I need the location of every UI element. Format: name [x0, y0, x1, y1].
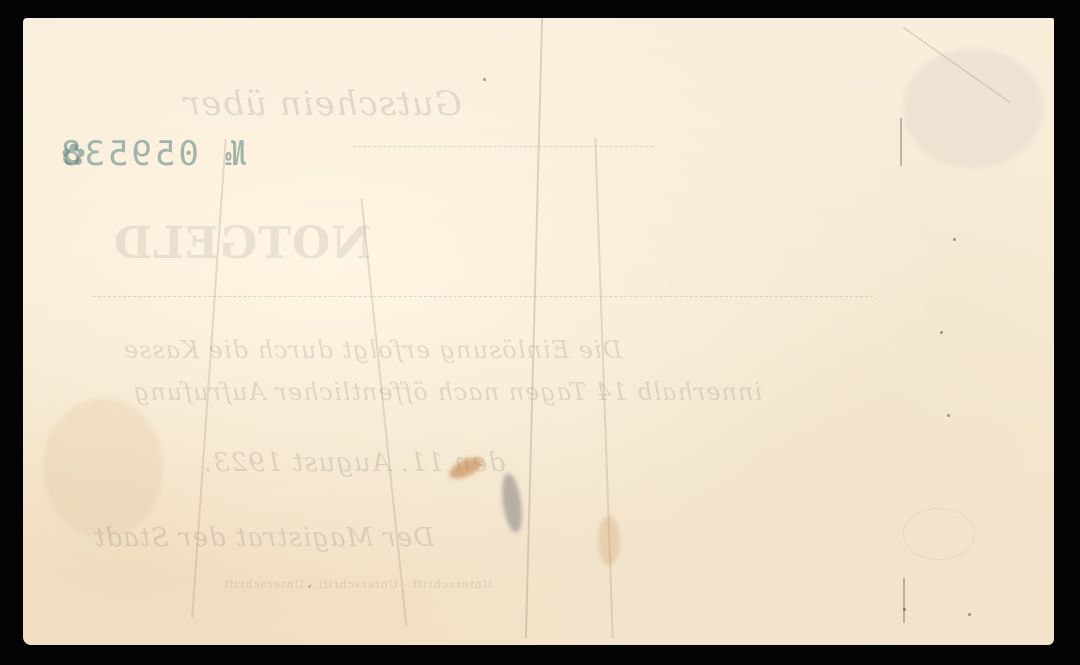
- banknote-paper: Gutschein über NOTGELD Die Einlösung erf…: [23, 18, 1054, 645]
- show-through-title: NOTGELD: [113, 218, 372, 269]
- dashed-rule: [353, 146, 653, 148]
- margin-mark: [900, 118, 902, 166]
- serial-number: № 059538: [58, 134, 246, 174]
- discoloration: [903, 48, 1043, 168]
- foxing-stain: [598, 516, 620, 566]
- margin-mark: [903, 578, 905, 623]
- show-through-small-print: Unterschrift · Unterschrift · Unterschri…: [223, 578, 492, 591]
- show-through-line: Die Einlösung erfolgt durch die Kasse: [123, 336, 622, 364]
- speck: [308, 585, 311, 588]
- speck: [947, 414, 950, 417]
- serial-text: № 059538: [58, 134, 246, 174]
- show-through-line: innerhalb 14 Tagen nach öffentlicher Auf…: [133, 378, 762, 406]
- speck: [968, 613, 971, 616]
- faint-stamp-ring: [903, 508, 975, 560]
- speck: [953, 238, 956, 241]
- speck: [903, 608, 906, 611]
- ink-smudge: [499, 472, 525, 534]
- show-through-signature: Der Magistrat der Stadt: [93, 523, 434, 553]
- fold-line: [525, 18, 543, 638]
- discoloration: [43, 398, 163, 538]
- photo-background: Gutschein über NOTGELD Die Einlösung erf…: [0, 0, 1080, 665]
- show-through-heading: Gutschein über: [183, 84, 462, 124]
- speck: [940, 331, 943, 334]
- dashed-rule: [93, 296, 873, 298]
- speck: [483, 78, 486, 81]
